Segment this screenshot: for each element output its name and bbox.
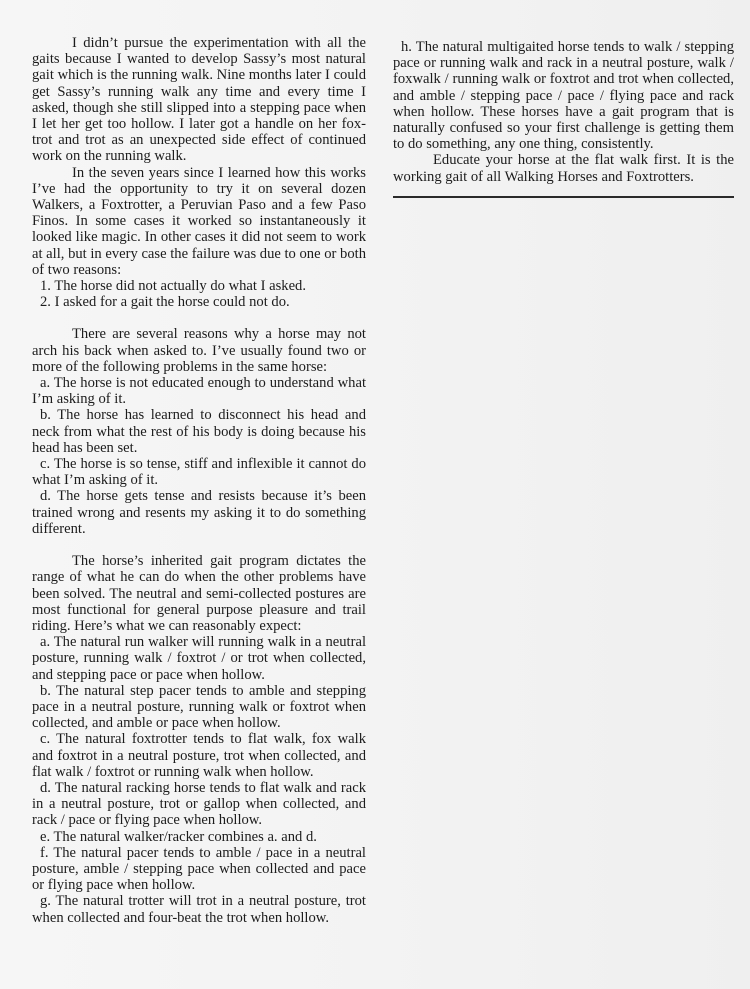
- reason-item: 1. The horse did not actually do what I …: [32, 278, 366, 294]
- paragraph-reasons-not-arch: There are several reasons why a horse ma…: [32, 326, 366, 375]
- expectation-item: e. The natural walker/racker combines a.…: [32, 829, 366, 845]
- paragraph-experimentation: I didn’t pursue the experimentation with…: [32, 35, 366, 165]
- expectation-item: f. The natural pacer tends to amble / pa…: [32, 845, 366, 894]
- expectation-item: a. The natural run walker will running w…: [32, 634, 366, 683]
- problem-item: a. The horse is not educated enough to u…: [32, 375, 366, 407]
- left-column: I didn’t pursue the experimentation with…: [32, 35, 366, 926]
- expectation-item-h: h. The natural multigaited horse tends t…: [393, 39, 734, 152]
- scanned-page: I didn’t pursue the experimentation with…: [0, 0, 750, 989]
- paragraph-gait-program: The horse’s inherited gait program dicta…: [32, 553, 366, 634]
- paragraph-seven-years: In the seven years since I learned how t…: [32, 165, 366, 278]
- right-column: h. The natural multigaited horse tends t…: [393, 39, 734, 198]
- spacer: [32, 537, 366, 553]
- section-divider: [393, 196, 734, 198]
- problem-item: c. The horse is so tense, stiff and infl…: [32, 456, 366, 488]
- expectation-item: c. The natural foxtrotter tends to flat …: [32, 731, 366, 780]
- expectation-item: b. The natural step pacer tends to amble…: [32, 683, 366, 732]
- paragraph-closing: Educate your horse at the flat walk firs…: [393, 152, 734, 184]
- spacer: [32, 310, 366, 326]
- expectation-item: g. The natural trotter will trot in a ne…: [32, 893, 366, 925]
- expectation-item: d. The natural racking horse tends to fl…: [32, 780, 366, 829]
- problem-item: b. The horse has learned to disconnect h…: [32, 407, 366, 456]
- reason-item: 2. I asked for a gait the horse could no…: [32, 294, 366, 310]
- problem-item: d. The horse gets tense and resists beca…: [32, 488, 366, 537]
